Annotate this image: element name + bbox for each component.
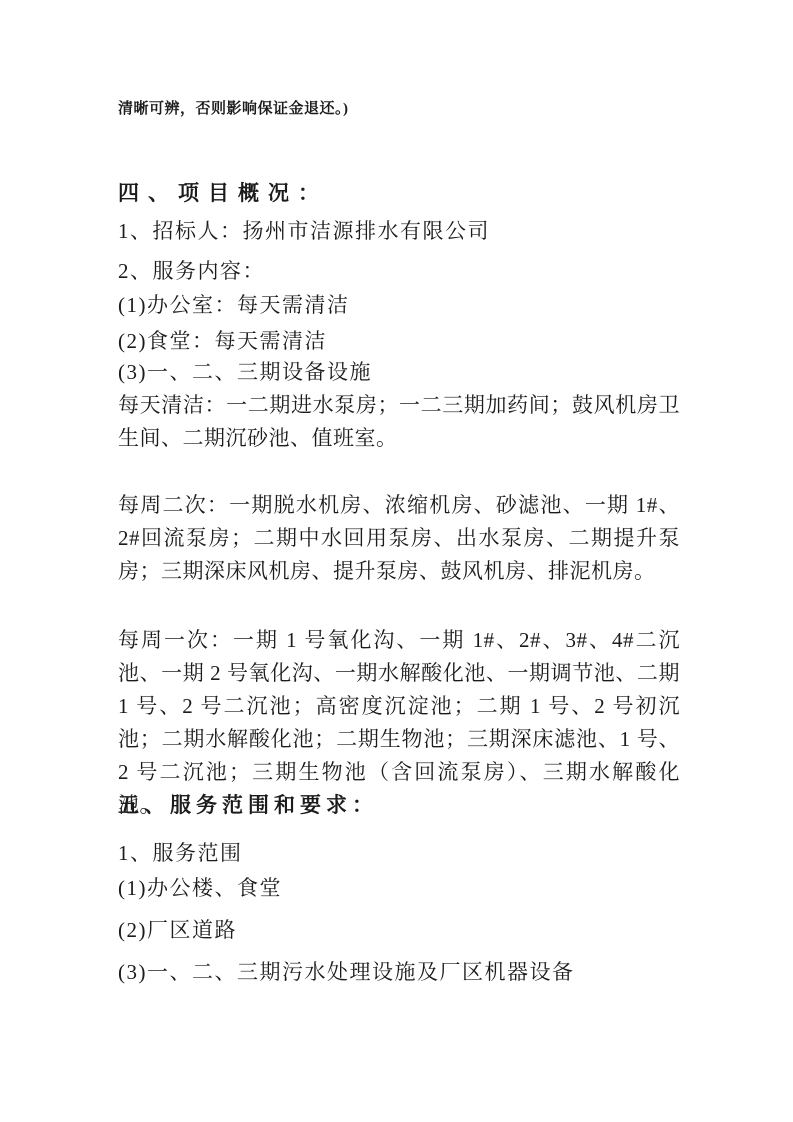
- daily-cleaning-paragraph: 每天清洁：一二期进水泵房；一二三期加药间；鼓风机房卫生间、二期沉砂池、值班室。: [118, 389, 680, 455]
- service-item-facilities: (3)一、二、三期设备设施: [118, 356, 680, 389]
- document-page: 清晰可辨，否则影响保证金退还。) 四、项目概况： 1、招标人：扬州市洁源排水有限…: [0, 0, 793, 1122]
- twice-weekly-cleaning-paragraph: 每周二次：一期脱水机房、浓缩机房、砂滤池、一期 1#、2#回流泵房；二期中水回用…: [118, 489, 680, 588]
- service-scope-label: 1、服务范围: [118, 837, 680, 870]
- deposit-return-note: 清晰可辨，否则影响保证金退还。): [118, 98, 680, 120]
- scope-item-sewage-facilities: (3)一、二、三期污水处理设施及厂区机器设备: [118, 956, 680, 989]
- section-5-heading: 五、服务范围和要求：: [118, 789, 680, 822]
- scope-item-roads: (2)厂区道路: [118, 914, 680, 947]
- bidder-line: 1、招标人：扬州市洁源排水有限公司: [118, 215, 680, 248]
- service-item-office: (1)办公室：每天需清洁: [118, 289, 680, 322]
- service-content-label: 2、服务内容：: [118, 255, 680, 288]
- section-4-heading: 四、项目概况：: [118, 177, 680, 210]
- service-item-canteen: (2)食堂：每天需清洁: [118, 325, 680, 358]
- scope-item-office-canteen: (1)办公楼、食堂: [118, 872, 680, 905]
